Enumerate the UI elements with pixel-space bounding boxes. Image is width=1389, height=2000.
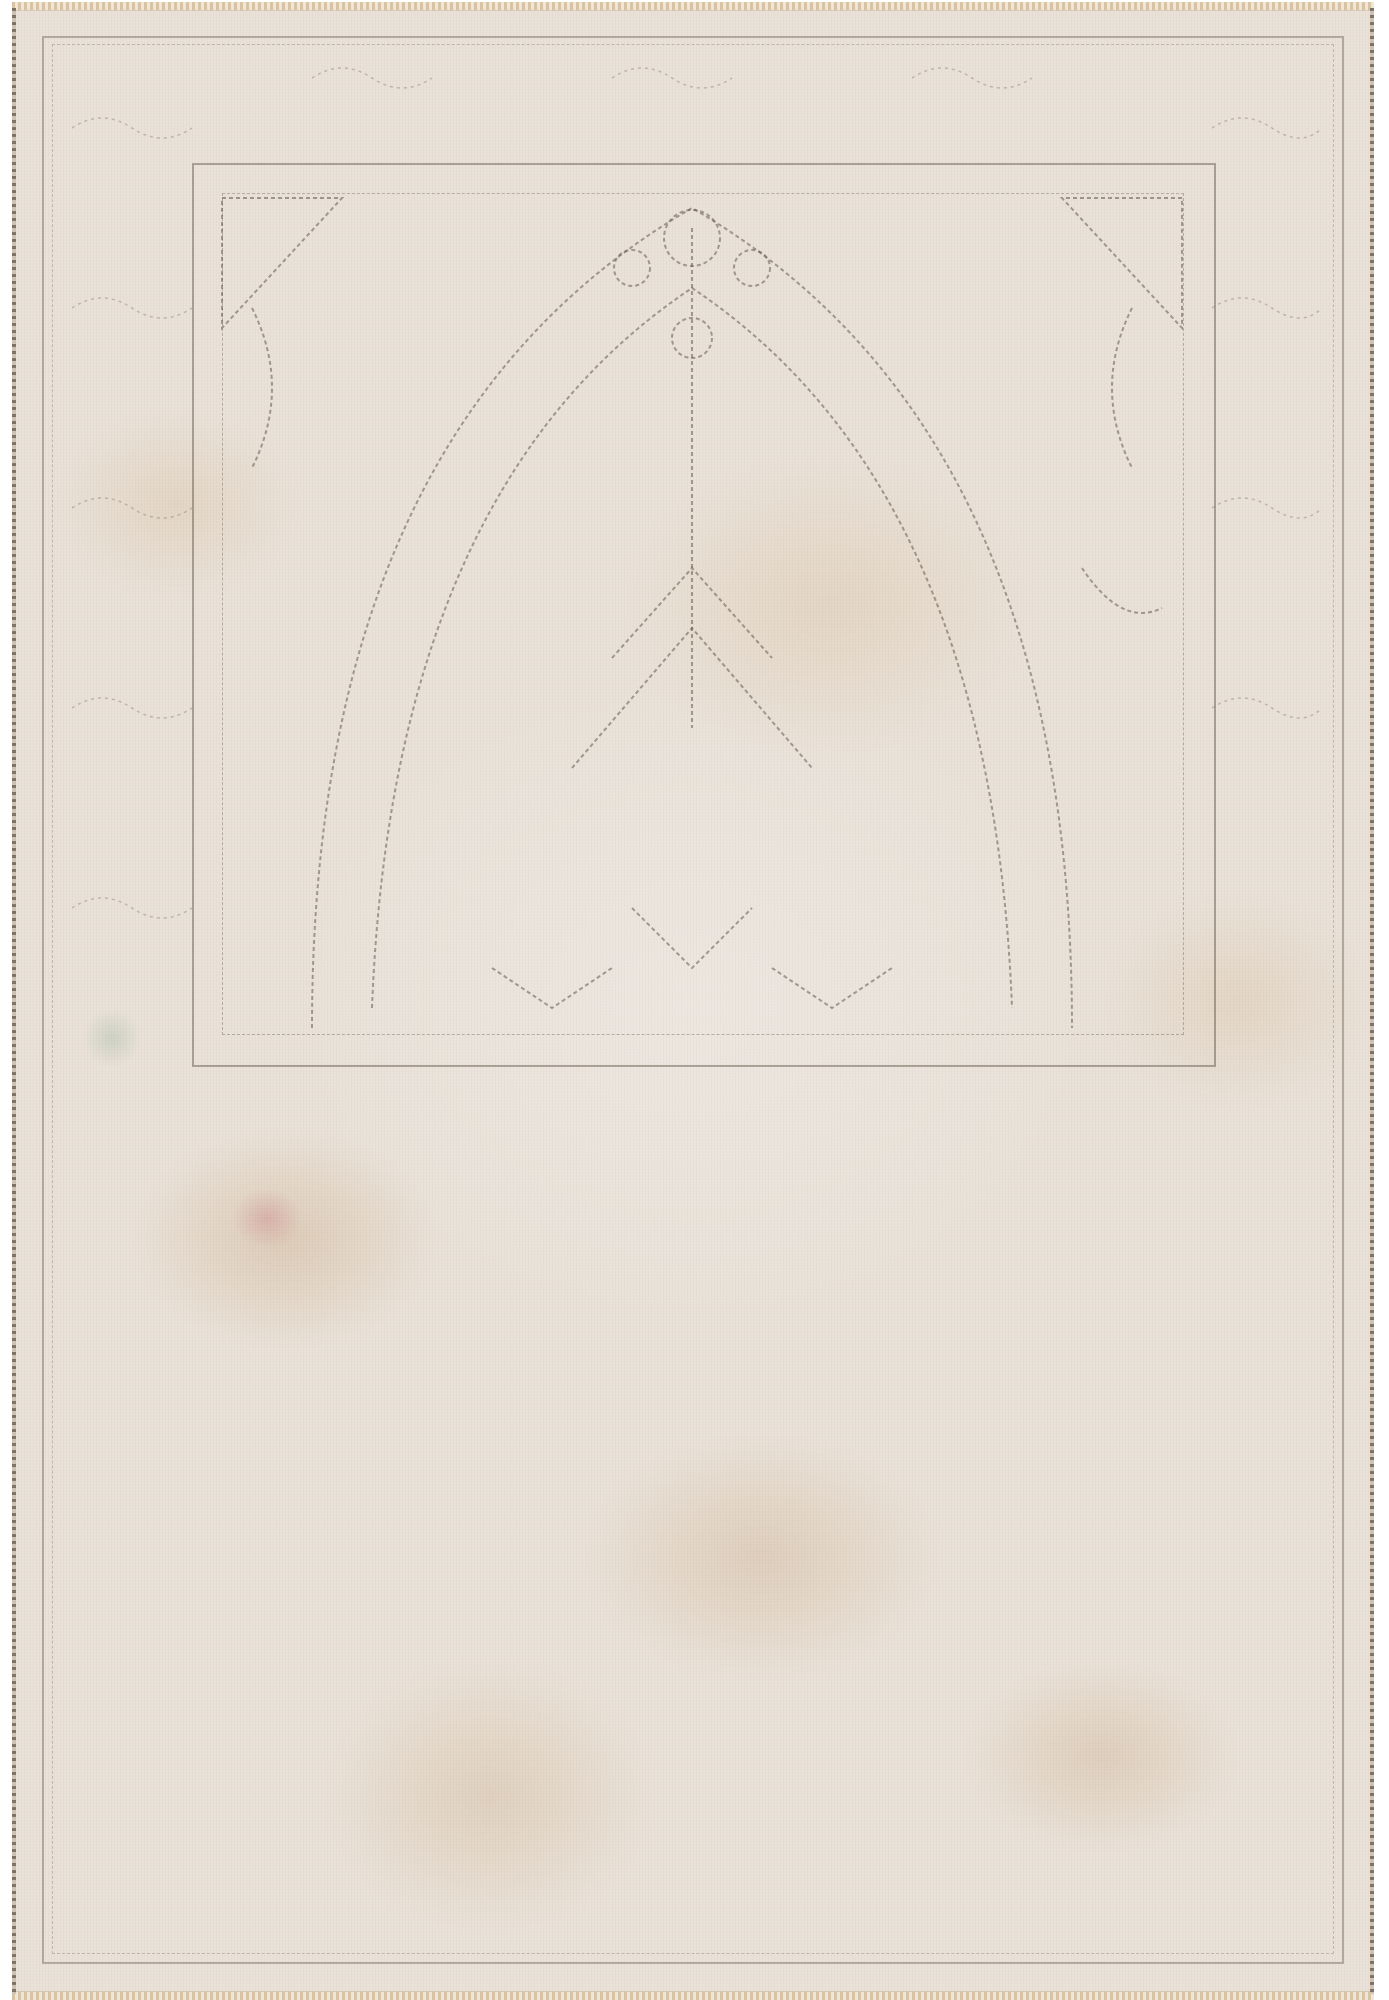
rug-medallion-pattern	[12, 8, 1374, 1994]
green-dye-trace	[82, 1008, 142, 1068]
rug	[12, 8, 1374, 1994]
pink-dye-trace	[232, 1188, 302, 1248]
